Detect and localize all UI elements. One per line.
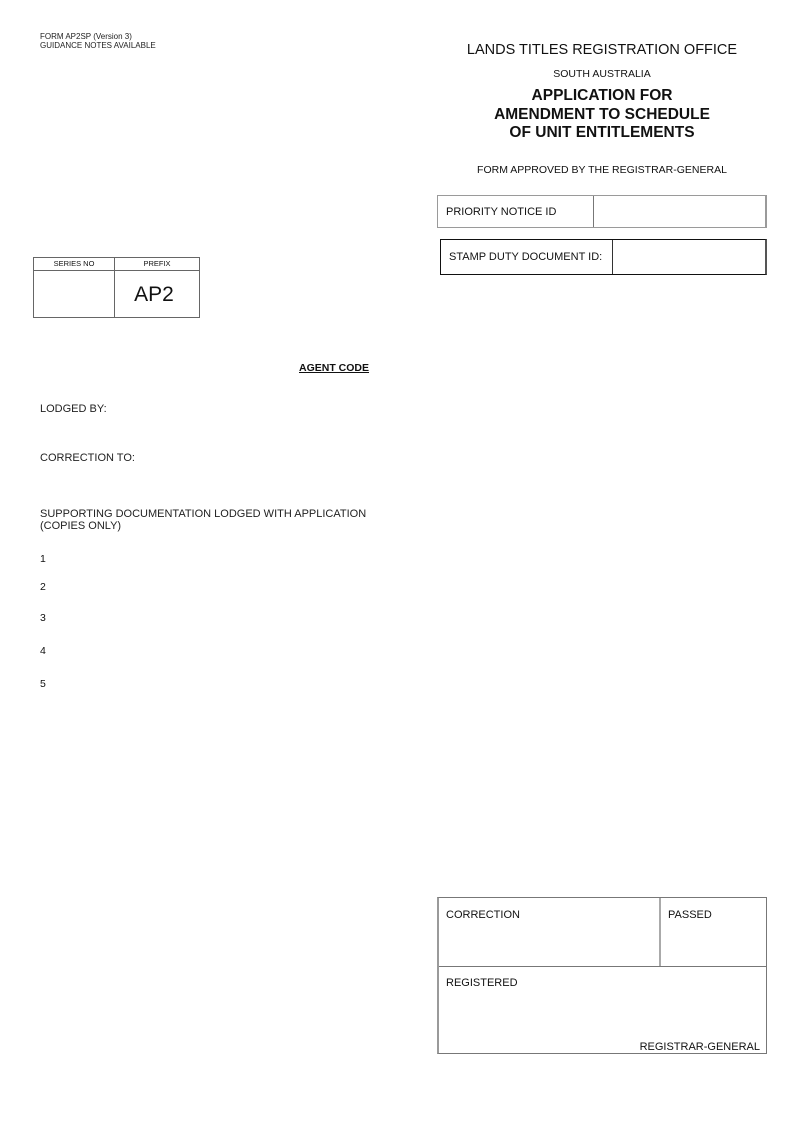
form-title: APPLICATION FOR AMENDMENT TO SCHEDULE OF…	[440, 87, 764, 143]
registered-cell: REGISTERED REGISTRAR-GENERAL	[439, 967, 766, 1054]
passed-cell: PASSED	[661, 898, 766, 966]
priority-notice-input[interactable]	[594, 196, 765, 227]
stamp-duty-label: STAMP DUTY DOCUMENT ID:	[441, 240, 613, 274]
stamp-duty-field: STAMP DUTY DOCUMENT ID:	[440, 239, 767, 275]
passed-label: PASSED	[668, 909, 712, 921]
supporting-docs-line: (COPIES ONLY)	[40, 520, 366, 532]
supporting-doc-item: 4	[40, 645, 46, 657]
priority-notice-field: PRIORITY NOTICE ID	[437, 195, 767, 228]
registrar-general-label: REGISTRAR-GENERAL	[640, 1041, 760, 1053]
correction-cell: CORRECTION	[439, 898, 661, 966]
stamp-duty-input[interactable]	[613, 240, 765, 274]
form-id: FORM AP2SP (Version 3)	[40, 32, 156, 41]
form-title-line: AMENDMENT TO SCHEDULE	[440, 106, 764, 125]
office-name: LANDS TITLES REGISTRATION OFFICE	[440, 42, 764, 58]
prefix-value: AP2	[115, 271, 199, 318]
supporting-doc-item: 3	[40, 612, 46, 624]
prefix-header: PREFIX	[115, 258, 199, 270]
supporting-docs-heading: SUPPORTING DOCUMENTATION LODGED WITH APP…	[40, 508, 366, 532]
supporting-doc-item: 2	[40, 581, 46, 593]
series-prefix-table: SERIES NO PREFIX AP2	[33, 257, 200, 318]
correction-label: CORRECTION	[446, 909, 520, 921]
supporting-doc-item: 1	[40, 553, 46, 565]
approval-note: FORM APPROVED BY THE REGISTRAR-GENERAL	[440, 164, 764, 176]
form-title-line: APPLICATION FOR	[440, 87, 764, 106]
correction-to-label: CORRECTION TO:	[40, 452, 135, 464]
supporting-docs-line: SUPPORTING DOCUMENTATION LODGED WITH APP…	[40, 508, 366, 520]
series-no-value[interactable]	[34, 271, 115, 318]
registered-label: REGISTERED	[446, 977, 518, 989]
agent-code-label: AGENT CODE	[299, 362, 369, 374]
office-use-box: CORRECTION PASSED REGISTERED REGISTRAR-G…	[437, 897, 767, 1054]
state-name: SOUTH AUSTRALIA	[440, 68, 764, 80]
lodged-by-label: LODGED BY:	[40, 403, 107, 415]
priority-notice-label: PRIORITY NOTICE ID	[438, 196, 594, 227]
form-metadata: FORM AP2SP (Version 3) GUIDANCE NOTES AV…	[40, 32, 156, 50]
series-no-header: SERIES NO	[34, 258, 115, 270]
supporting-doc-item: 5	[40, 678, 46, 690]
guidance-notes: GUIDANCE NOTES AVAILABLE	[40, 41, 156, 50]
form-title-line: OF UNIT ENTITLEMENTS	[440, 124, 764, 143]
